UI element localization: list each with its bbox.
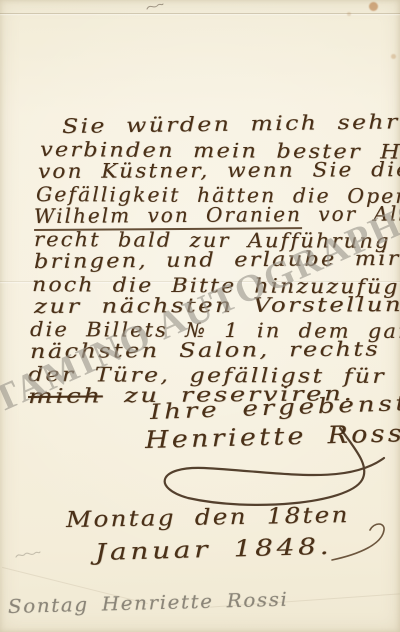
foxing-spot: [391, 54, 396, 59]
handwriting-line: Sie würden mich sehr: [62, 109, 400, 138]
pencil-caption-text: Sontag Henriette Rossi: [8, 589, 289, 618]
letter-page: Sie würden mich sehr verbinden mein best…: [0, 0, 400, 632]
line-text: Sie würden mich sehr: [62, 109, 400, 138]
foxing-spot: [369, 2, 378, 11]
date-text: Januar 1848.: [95, 534, 333, 566]
handwriting-line: von Küstner, wenn Sie die: [38, 157, 400, 183]
pencil-mark: [15, 548, 41, 562]
date-line-1: Montag den 18ten: [66, 503, 350, 533]
date-text: Montag den 18ten: [66, 503, 350, 533]
pencil-caption: Sontag Henriette Rossi: [8, 589, 289, 618]
date-line-2: Januar 1848.: [95, 534, 333, 566]
date-flourish: [330, 520, 390, 566]
foxing-spot: [347, 12, 351, 16]
fold-crease: [0, 13, 400, 14]
line-text: von Küstner, wenn Sie die: [38, 157, 400, 183]
ink-mark: [146, 2, 164, 12]
